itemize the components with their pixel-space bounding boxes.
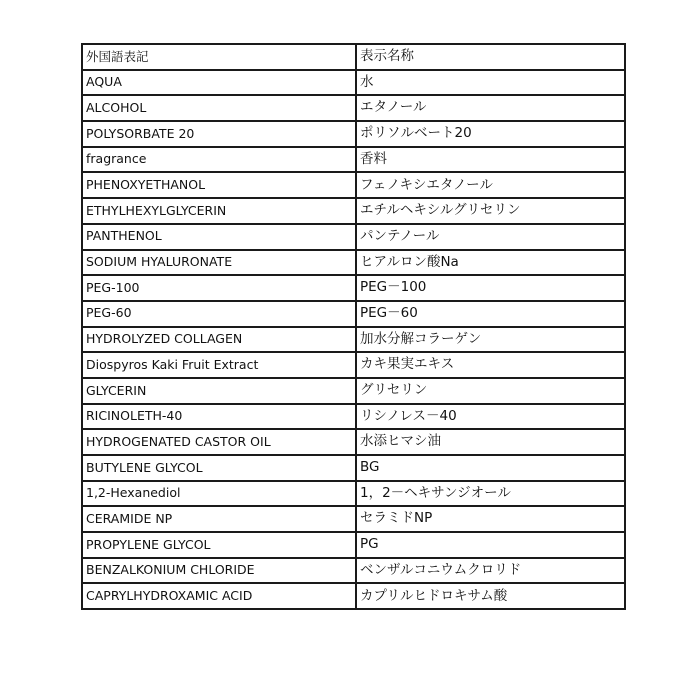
display-name-cell: パンテノール (356, 224, 625, 250)
table-row: HYDROGENATED CASTOR OIL水添ヒマシ油 (82, 429, 625, 455)
display-name-cell: 水 (356, 70, 625, 96)
foreign-name-cell: Diospyros Kaki Fruit Extract (82, 352, 356, 378)
ingredient-table-container: 外国語表記 表示名称 AQUA水 ALCOHOLエタノール POLYSORBAT… (81, 43, 624, 610)
foreign-name-cell: PROPYLENE GLYCOL (82, 532, 356, 558)
table-row: SODIUM HYALURONATEヒアルロン酸Na (82, 250, 625, 276)
foreign-name-cell: ALCOHOL (82, 95, 356, 121)
foreign-name-cell: AQUA (82, 70, 356, 96)
foreign-name-cell: HYDROLYZED COLLAGEN (82, 327, 356, 353)
display-name-cell: 1，2－ヘキサンジオール (356, 481, 625, 507)
table-row: PEG-60PEG－60 (82, 301, 625, 327)
table-row: BUTYLENE GLYCOLBG (82, 455, 625, 481)
display-name-cell: カキ果実エキス (356, 352, 625, 378)
foreign-name-cell: fragrance (82, 147, 356, 173)
foreign-name-cell: PEG-100 (82, 275, 356, 301)
display-name-cell: グリセリン (356, 378, 625, 404)
table-row: fragrance香料 (82, 147, 625, 173)
table-row: ALCOHOLエタノール (82, 95, 625, 121)
foreign-name-cell: BENZALKONIUM CHLORIDE (82, 558, 356, 584)
display-name-cell: ヒアルロン酸Na (356, 250, 625, 276)
header-foreign-name: 外国語表記 (82, 44, 356, 70)
table-row: RICINOLETH-40リシノレス－40 (82, 404, 625, 430)
foreign-name-cell: RICINOLETH-40 (82, 404, 356, 430)
foreign-name-cell: 1,2-Hexanediol (82, 481, 356, 507)
header-display-name: 表示名称 (356, 44, 625, 70)
foreign-name-cell: SODIUM HYALURONATE (82, 250, 356, 276)
display-name-cell: ベンザルコニウムクロリド (356, 558, 625, 584)
display-name-cell: PG (356, 532, 625, 558)
display-name-cell: PEG－60 (356, 301, 625, 327)
table-row: PEG-100PEG－100 (82, 275, 625, 301)
table-row: PHENOXYETHANOLフェノキシエタノール (82, 172, 625, 198)
display-name-cell: セラミドNP (356, 506, 625, 532)
table-row: CAPRYLHYDROXAMIC ACIDカプリルヒドロキサム酸 (82, 583, 625, 609)
display-name-cell: エタノール (356, 95, 625, 121)
display-name-cell: BG (356, 455, 625, 481)
table-row: PANTHENOLパンテノール (82, 224, 625, 250)
table-row: HYDROLYZED COLLAGEN加水分解コラーゲン (82, 327, 625, 353)
table-row: 1,2-Hexanediol1，2－ヘキサンジオール (82, 481, 625, 507)
display-name-cell: 加水分解コラーゲン (356, 327, 625, 353)
table-row: POLYSORBATE 20ポリソルベート20 (82, 121, 625, 147)
foreign-name-cell: GLYCERIN (82, 378, 356, 404)
foreign-name-cell: HYDROGENATED CASTOR OIL (82, 429, 356, 455)
foreign-name-cell: PHENOXYETHANOL (82, 172, 356, 198)
display-name-cell: 香料 (356, 147, 625, 173)
ingredient-table: 外国語表記 表示名称 AQUA水 ALCOHOLエタノール POLYSORBAT… (81, 43, 626, 610)
table-row: ETHYLHEXYLGLYCERINエチルヘキシルグリセリン (82, 198, 625, 224)
display-name-cell: リシノレス－40 (356, 404, 625, 430)
foreign-name-cell: POLYSORBATE 20 (82, 121, 356, 147)
foreign-name-cell: CAPRYLHYDROXAMIC ACID (82, 583, 356, 609)
display-name-cell: エチルヘキシルグリセリン (356, 198, 625, 224)
foreign-name-cell: CERAMIDE NP (82, 506, 356, 532)
table-row: BENZALKONIUM CHLORIDEベンザルコニウムクロリド (82, 558, 625, 584)
display-name-cell: フェノキシエタノール (356, 172, 625, 198)
foreign-name-cell: BUTYLENE GLYCOL (82, 455, 356, 481)
display-name-cell: PEG－100 (356, 275, 625, 301)
foreign-name-cell: PANTHENOL (82, 224, 356, 250)
table-header-row: 外国語表記 表示名称 (82, 44, 625, 70)
table-row: Diospyros Kaki Fruit Extractカキ果実エキス (82, 352, 625, 378)
table-row: AQUA水 (82, 70, 625, 96)
foreign-name-cell: PEG-60 (82, 301, 356, 327)
display-name-cell: カプリルヒドロキサム酸 (356, 583, 625, 609)
table-row: CERAMIDE NPセラミドNP (82, 506, 625, 532)
foreign-name-cell: ETHYLHEXYLGLYCERIN (82, 198, 356, 224)
table-row: PROPYLENE GLYCOLPG (82, 532, 625, 558)
display-name-cell: ポリソルベート20 (356, 121, 625, 147)
table-row: GLYCERINグリセリン (82, 378, 625, 404)
display-name-cell: 水添ヒマシ油 (356, 429, 625, 455)
